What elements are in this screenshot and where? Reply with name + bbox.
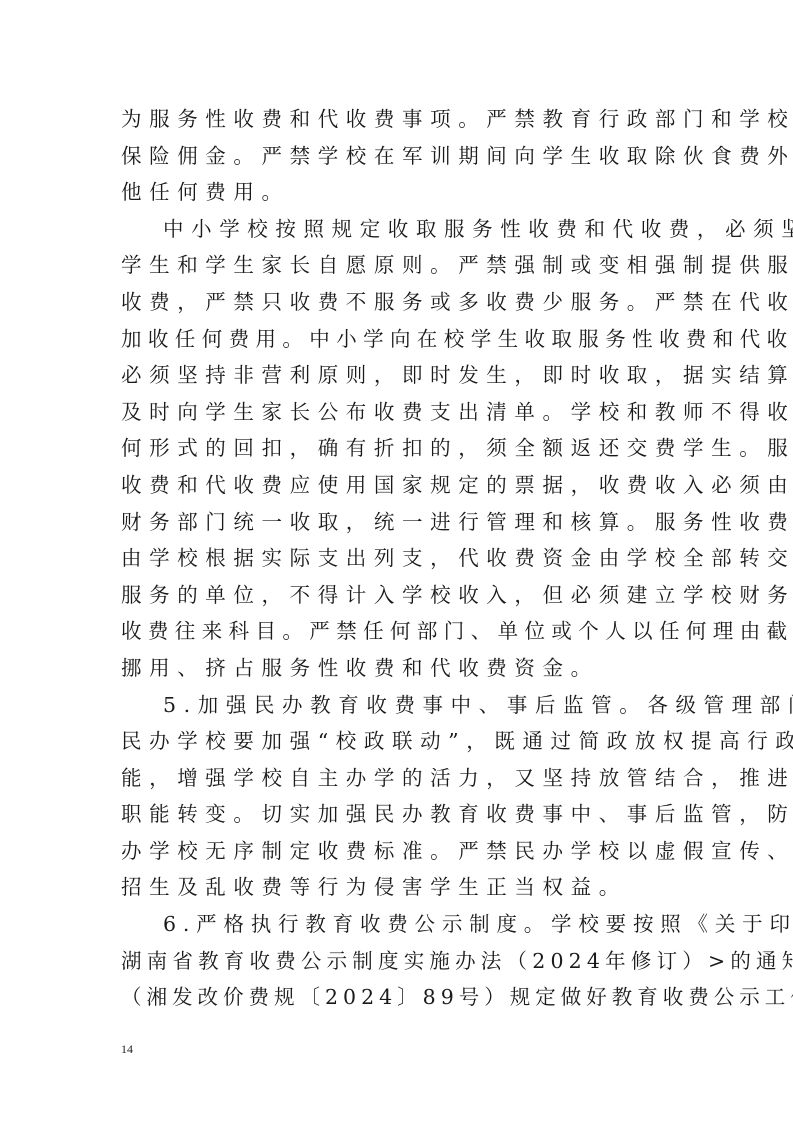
text-line: 收费，严禁只收费不服务或多收费少服务。严禁在代收费中 <box>121 284 681 321</box>
text-line: 为服务性收费和代收费事项。严禁教育行政部门和学校收取 <box>121 101 681 138</box>
text-line: 必须坚持非营利原则，即时发生，即时收取，据实结算，并 <box>121 357 681 394</box>
text-line: 民办学校要加强“校政联动”，既通过简政放权提高行政效 <box>121 723 681 760</box>
paragraph-start-line: 中小学校按照规定收取服务性收费和代收费，必须坚持 <box>121 211 681 248</box>
text-line: 办学校无序制定收费标准。严禁民办学校以虚假宣传、欺诈 <box>121 833 681 870</box>
text-line: （湘发改价费规〔2024〕89号）规定做好教育收费公示工作。 <box>121 979 681 1016</box>
text-line: 他任何费用。 <box>121 174 681 211</box>
text-line: 招生及乱收费等行为侵害学生正当权益。 <box>121 869 681 906</box>
text-line: 职能转变。切实加强民办教育收费事中、事后监管，防止民 <box>121 796 681 833</box>
text-line: 加收任何费用。中小学向在校学生收取服务性收费和代收费， <box>121 321 681 358</box>
text-line: 学生和学生家长自愿原则。严禁强制或变相强制提供服务并 <box>121 247 681 284</box>
text-line: 由学校根据实际支出列支，代收费资金由学校全部转交提供 <box>121 540 681 577</box>
document-page: 为服务性收费和代收费事项。严禁教育行政部门和学校收取 保险佣金。严禁学校在军训期… <box>0 0 793 1122</box>
text-line: 财务部门统一收取，统一进行管理和核算。服务性收费收入 <box>121 504 681 541</box>
text-line: 及时向学生家长公布收费支出清单。学校和教师不得收取任 <box>121 394 681 431</box>
text-line: 挪用、挤占服务性收费和代收费资金。 <box>121 650 681 687</box>
text-line: 湖南省教育收费公示制度实施办法（2024年修订）>的通知》 <box>121 943 681 980</box>
text-line: 何形式的回扣，确有折扣的，须全额返还交费学生。服务性 <box>121 430 681 467</box>
text-line: 收费往来科目。严禁任何部门、单位或个人以任何理由截留、 <box>121 613 681 650</box>
text-line: 服务的单位，不得计入学校收入，但必须建立学校财务账代 <box>121 577 681 614</box>
text-line: 能，增强学校自主办学的活力，又坚持放管结合，推进政府 <box>121 760 681 797</box>
page-number: 14 <box>121 1042 133 1057</box>
paragraph-start-line: 6.严格执行教育收费公示制度。学校要按照《关于印发< <box>121 906 681 943</box>
text-line: 保险佣金。严禁学校在军训期间向学生收取除伙食费外的其 <box>121 138 681 175</box>
body-text: 为服务性收费和代收费事项。严禁教育行政部门和学校收取 保险佣金。严禁学校在军训期… <box>121 101 681 1016</box>
paragraph-start-line: 5.加强民办教育收费事中、事后监管。各级管理部门和 <box>121 687 681 724</box>
text-line: 收费和代收费应使用国家规定的票据，收费收入必须由学校 <box>121 467 681 504</box>
